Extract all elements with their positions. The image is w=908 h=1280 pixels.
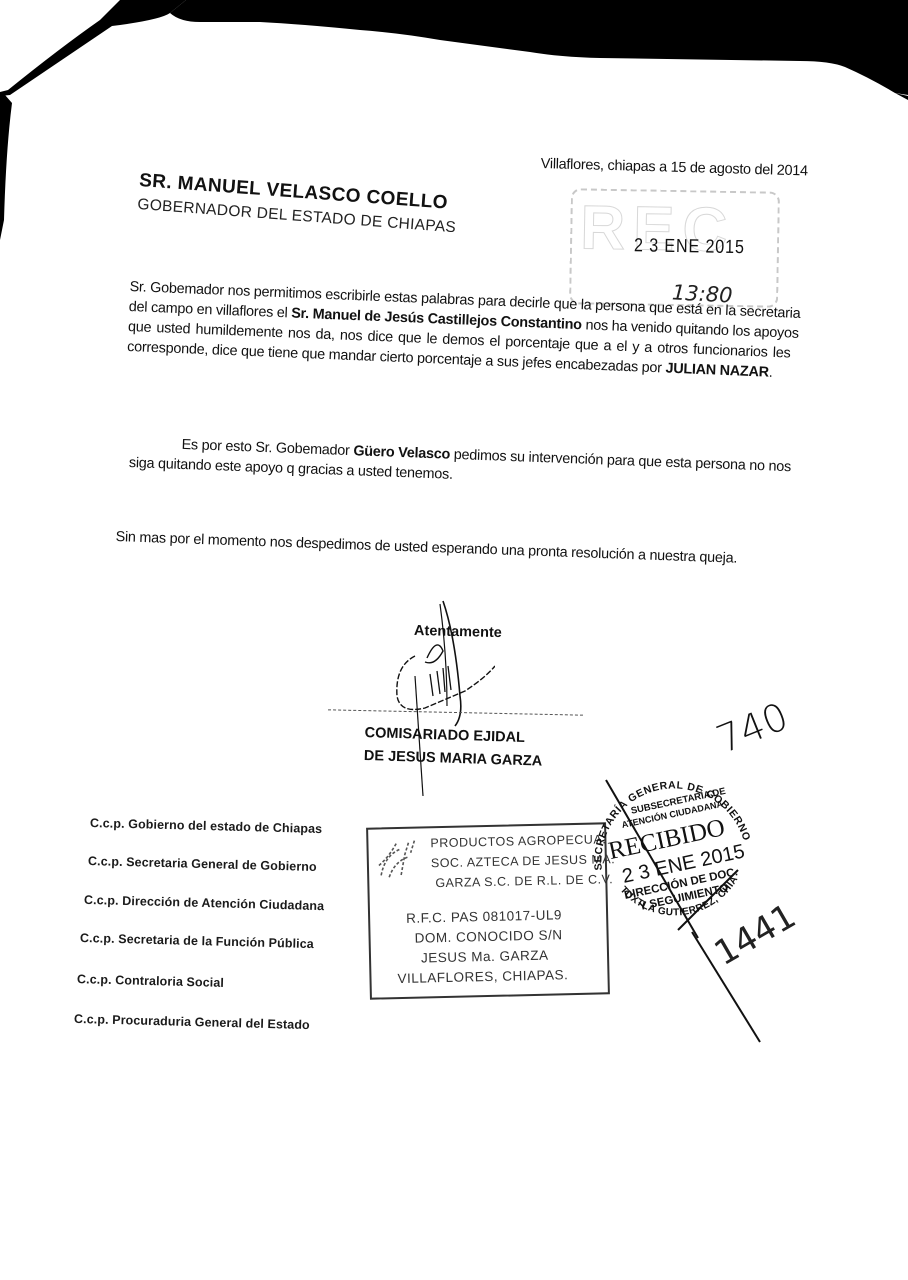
company-stamp-line: JESUS Ma. GARZA	[421, 948, 549, 966]
company-stamp-line: R.F.C. PAS 081017-UL9	[406, 907, 562, 926]
signer-block: COMISARIADO EJIDAL DE JESUS MARIA GARZA	[364, 722, 544, 774]
plant-logo-icon	[374, 834, 427, 883]
government-received-stamp: SECRETARÍA GENERAL DE GOBIERNO TUXTLA GU…	[578, 760, 768, 940]
handwritten-stroke	[690, 930, 780, 1050]
company-stamp-line: VILLAFLORES, CHIAPAS.	[397, 967, 568, 986]
company-stamp: PRODUCTOS AGROPECUA: SOC. AZTECA DE JESU…	[366, 822, 610, 999]
text-run: .	[768, 365, 772, 381]
round-stamp-graphic: SECRETARÍA GENERAL DE GOBIERNO TUXTLA GU…	[578, 760, 768, 940]
company-stamp-line: DOM. CONOCIDO S/N	[414, 927, 562, 945]
boss-name: JULIAN NAZAR	[665, 361, 769, 381]
stamp-date: 2 3 ENE 2015	[634, 235, 745, 259]
governor-nickname: Güero Velasco	[353, 443, 450, 463]
